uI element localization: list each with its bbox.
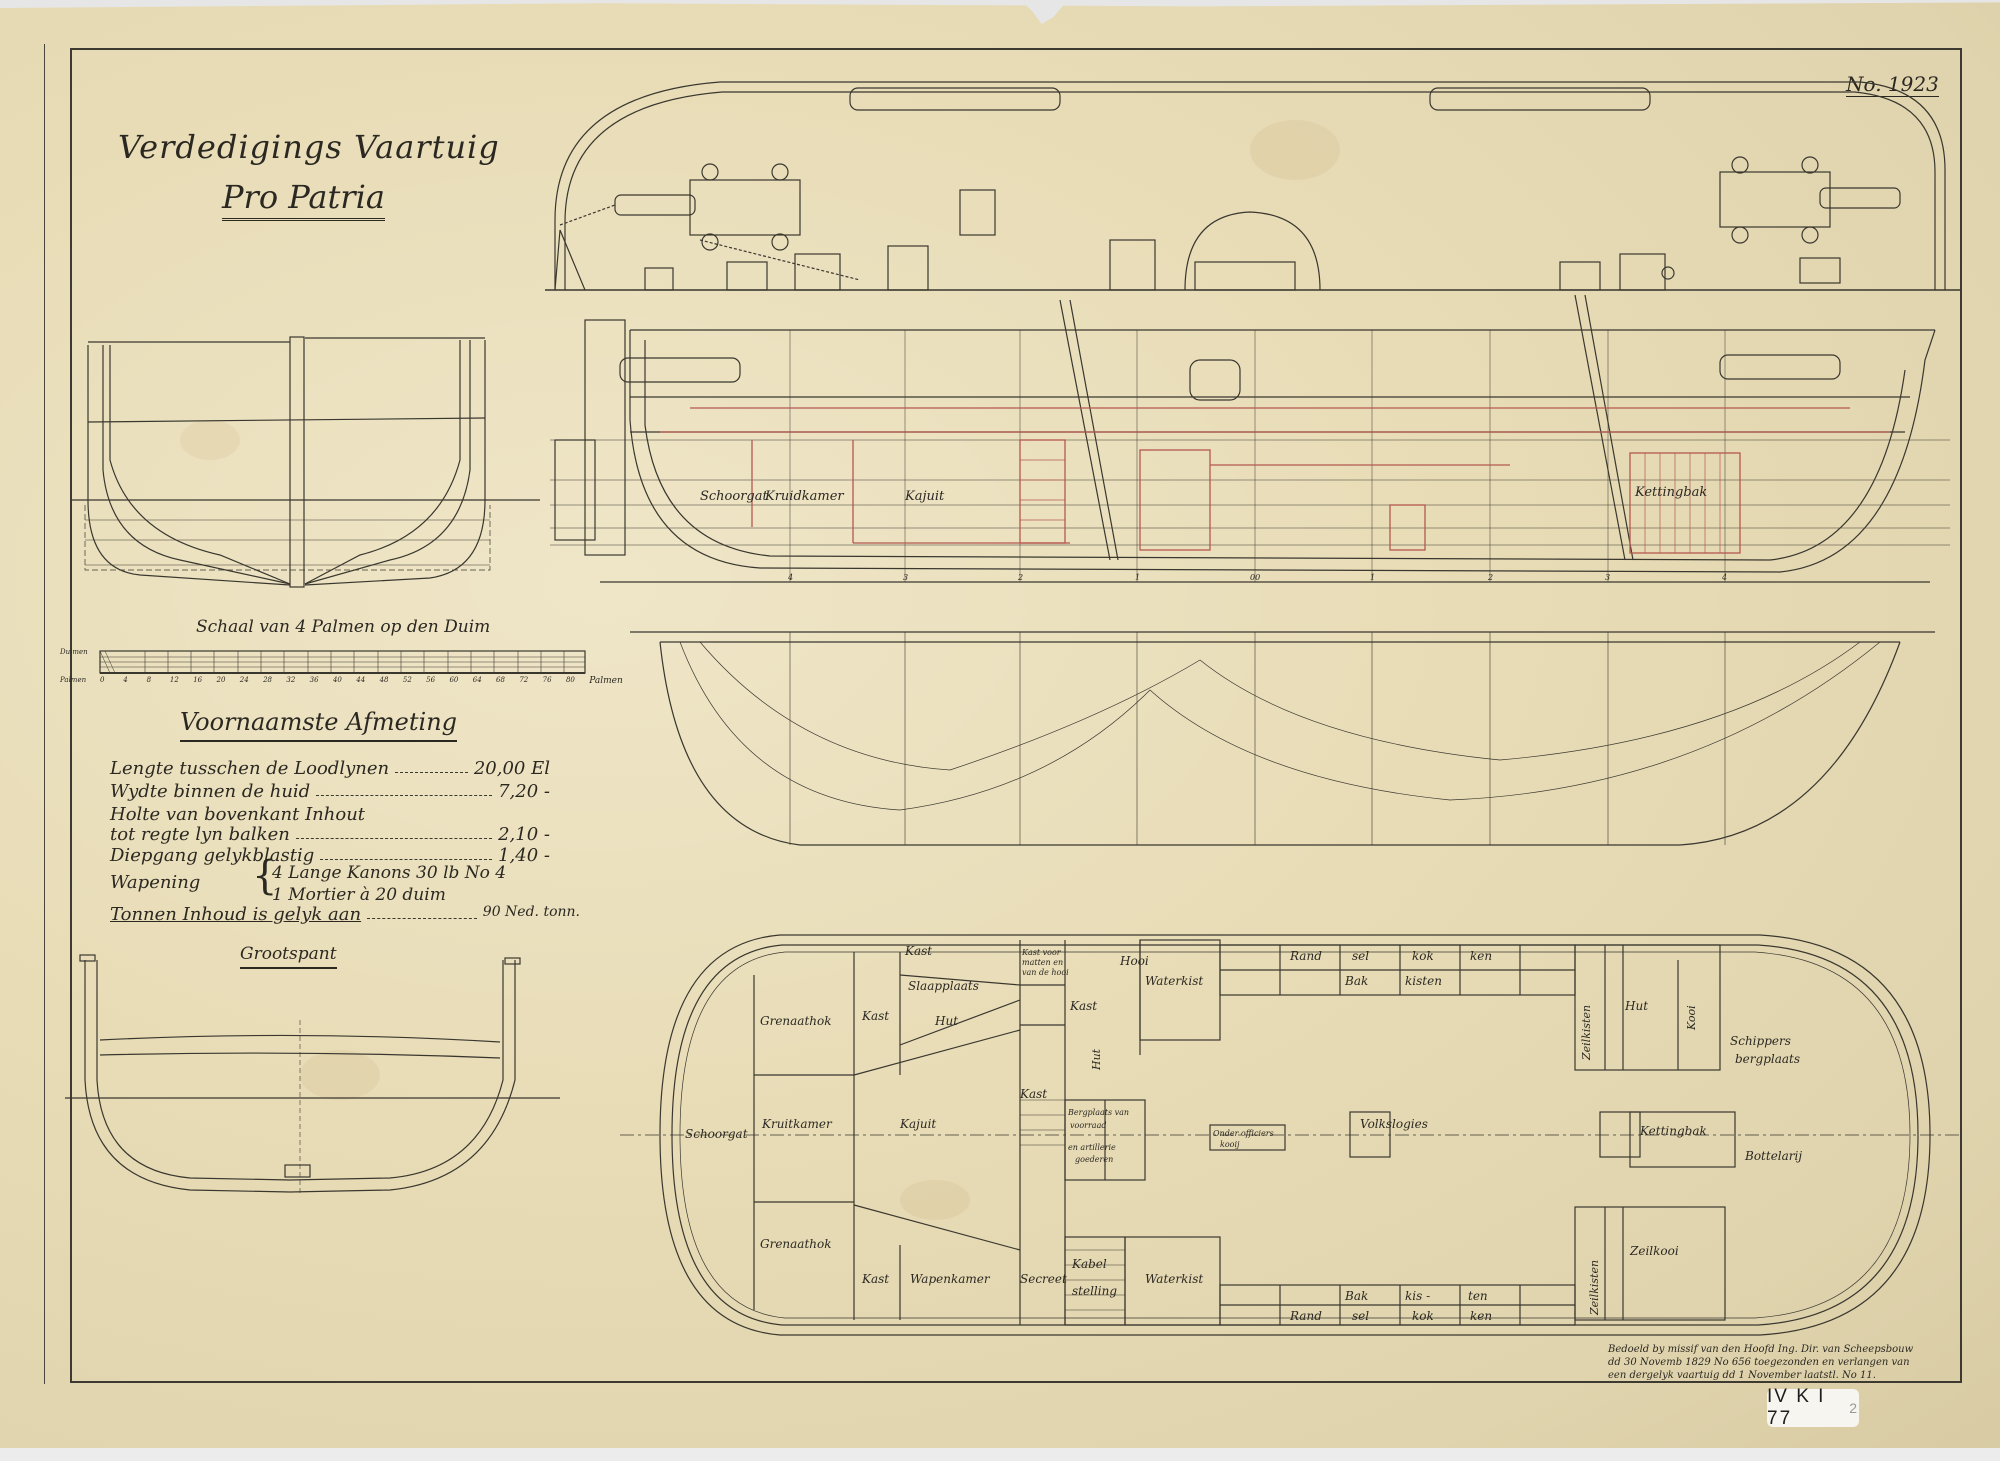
svg-text:Kast: Kast (1019, 1087, 1047, 1101)
footnote-line: dd 30 Novemb 1829 No 656 toegezonden en … (1608, 1356, 1938, 1369)
svg-text:2: 2 (1017, 573, 1023, 582)
svg-text:Kast voor: Kast voor (1021, 948, 1062, 957)
scale-tick: 40 (333, 676, 356, 686)
svg-text:Volkslogies: Volkslogies (1360, 1117, 1428, 1131)
armament-list: 4 Lange Kanons 30 lb No 4 1 Mortier à 20… (272, 862, 506, 906)
svg-text:kok: kok (1412, 949, 1434, 963)
scale-tick: 56 (426, 676, 449, 686)
scale-tick: 52 (403, 676, 426, 686)
scale-bar (100, 651, 585, 673)
cross-section-view (65, 955, 560, 1195)
scale-tick: 80 (566, 676, 589, 686)
svg-text:Bak: Bak (1344, 1289, 1368, 1303)
cross-section-title: Grootspant (240, 944, 337, 969)
scale-unit: Palmen (589, 676, 623, 686)
scale-tick: 32 (286, 676, 309, 686)
catalog-suffix: 2 (1849, 1400, 1859, 1416)
footnote-line: een dergelyk vaartuig dd 1 November laat… (1608, 1369, 1938, 1382)
svg-text:ken: ken (1470, 1309, 1492, 1323)
scale-tick: 64 (473, 676, 496, 686)
svg-text:kooij: kooij (1220, 1140, 1240, 1149)
footnote-line: Bedoeld by missif van den Hoofd Ing. Dir… (1608, 1343, 1938, 1356)
svg-text:kis -: kis - (1405, 1289, 1430, 1303)
scan-background-strip (0, 1448, 2000, 1461)
scale-tick: 60 (449, 676, 472, 686)
svg-text:Rand: Rand (1289, 1309, 1322, 1323)
svg-text:matten en: matten en (1022, 958, 1063, 967)
svg-text:ten: ten (1468, 1289, 1488, 1303)
svg-text:Kettingbak: Kettingbak (1639, 1124, 1707, 1138)
spec-value: 20,00 El (474, 758, 550, 779)
specifications-title: Voornaamste Afmeting (180, 708, 457, 742)
scale-left-label-duimen: Duimen (60, 648, 88, 656)
spec-row-tonnage: Tonnen Inhoud is gelyk aan90 Ned. tonn. (110, 904, 580, 925)
footnote-annotation: Bedoeld by missif van den Hoofd Ing. Dir… (1608, 1343, 1938, 1382)
svg-text:Kast: Kast (861, 1272, 889, 1286)
svg-text:1: 1 (1135, 573, 1140, 582)
drawing-sheet: Verdedigings Vaartuig Pro Patria No. 192… (0, 0, 2000, 1461)
svg-text:en artillerie: en artillerie (1068, 1143, 1116, 1152)
catalog-label: IV K I 772 (1767, 1389, 1859, 1427)
armament-label: Wapening (110, 872, 200, 893)
svg-text:van de hooi: van de hooi (1022, 968, 1069, 977)
spec-label: tot regte lyn balken (110, 824, 290, 845)
svg-text:Zeilkisten: Zeilkisten (1588, 1260, 1601, 1316)
svg-text:goederen: goederen (1075, 1155, 1113, 1164)
scale-tick: 76 (543, 676, 566, 686)
svg-text:Kast: Kast (861, 1009, 889, 1023)
svg-text:Waterkist: Waterkist (1145, 974, 1203, 988)
armament-item: 4 Lange Kanons 30 lb No 4 (272, 862, 506, 884)
body-plan-view (70, 337, 540, 587)
svg-text:Hooi: Hooi (1119, 954, 1149, 968)
svg-text:4: 4 (1721, 573, 1727, 582)
section-label-schoorgat: Schoorgat (700, 489, 768, 504)
svg-text:voorraad: voorraad (1070, 1121, 1106, 1130)
scale-tick: 24 (240, 676, 263, 686)
scale-title: Schaal van 4 Palmen op den Duim (196, 617, 490, 637)
svg-text:Waterkist: Waterkist (1145, 1272, 1203, 1286)
spec-row: Wydte binnen de huid7,20 - (110, 781, 550, 802)
scale-tick: 68 (496, 676, 519, 686)
catalog-number: IV K I 77 (1767, 1386, 1847, 1430)
spec-value: 2,10 - (498, 824, 550, 845)
svg-text:kisten: kisten (1405, 974, 1442, 988)
svg-text:Onder officiers: Onder officiers (1213, 1129, 1274, 1138)
spec-row: Lengte tusschen de Loodlynen20,00 El (110, 758, 550, 779)
armament-item: 1 Mortier à 20 duim (272, 884, 506, 906)
half-breadth-plan-view (630, 632, 1935, 845)
scale-tick: 4 (123, 676, 146, 686)
svg-text:kok: kok (1412, 1309, 1434, 1323)
svg-text:Bottelarij: Bottelarij (1744, 1149, 1802, 1163)
scale-tick: 48 (380, 676, 403, 686)
spec-label: Wydte binnen de huid (110, 781, 310, 802)
svg-text:Hut: Hut (1624, 999, 1648, 1013)
spec-label: Tonnen Inhoud is gelyk aan (110, 904, 361, 925)
svg-text:00: 00 (1250, 573, 1260, 582)
scale-tick: 8 (147, 676, 170, 686)
section-label-kettingbak: Kettingbak (1634, 485, 1707, 500)
spec-row: Holte van bovenkant Inhout (110, 804, 550, 825)
svg-text:Kajuit: Kajuit (899, 1117, 936, 1131)
red-compartment-lines (660, 408, 1890, 553)
section-label-kruidkamer: Kruidkamer (764, 489, 844, 504)
svg-text:2: 2 (1487, 573, 1493, 582)
svg-text:1: 1 (1370, 573, 1375, 582)
scale-tick-labels: 0 4 8 12 16 20 24 28 32 36 40 44 48 52 5… (100, 676, 623, 686)
svg-text:sel: sel (1352, 1309, 1369, 1323)
spec-label: Lengte tusschen de Loodlynen (110, 758, 389, 779)
svg-text:Schoorgat: Schoorgat (685, 1127, 748, 1141)
svg-text:bergplaats: bergplaats (1735, 1052, 1800, 1066)
scale-tick: 20 (216, 676, 239, 686)
svg-text:Zeilkisten: Zeilkisten (1580, 1005, 1593, 1061)
svg-text:Kast: Kast (904, 944, 932, 958)
scale-tick: 72 (519, 676, 542, 686)
svg-text:sel: sel (1352, 949, 1369, 963)
svg-text:Slaapplaats: Slaapplaats (908, 979, 979, 993)
scale-tick: 44 (356, 676, 379, 686)
svg-text:3: 3 (1605, 573, 1610, 582)
svg-text:Kruitkamer: Kruitkamer (761, 1117, 833, 1131)
spec-value: 7,20 - (498, 781, 550, 802)
section-label-kajuit: Kajuit (904, 489, 945, 504)
svg-text:Grenaathok: Grenaathok (760, 1014, 832, 1028)
svg-text:Kast: Kast (1069, 999, 1097, 1013)
svg-text:Zeilkooi: Zeilkooi (1629, 1244, 1679, 1258)
svg-text:ken: ken (1470, 949, 1492, 963)
scale-tick: 28 (263, 676, 286, 686)
deck-elevation-view (545, 82, 1960, 290)
svg-text:stelling: stelling (1072, 1284, 1117, 1298)
spec-label: Holte van bovenkant Inhout (110, 804, 365, 825)
svg-text:Hut: Hut (934, 1014, 958, 1028)
svg-text:4: 4 (787, 573, 793, 582)
svg-text:Secreet: Secreet (1020, 1272, 1067, 1286)
svg-text:Grenaathok: Grenaathok (760, 1237, 832, 1251)
scale-tick: 0 (100, 676, 123, 686)
deck-plan-view (620, 935, 1960, 1335)
scale-tick: 36 (310, 676, 333, 686)
svg-text:Schippers: Schippers (1730, 1034, 1791, 1048)
scale-tick: 12 (170, 676, 193, 686)
scale-tick: 16 (193, 676, 216, 686)
svg-text:Kooi: Kooi (1685, 1005, 1698, 1031)
spec-row: tot regte lyn balken2,10 - (110, 824, 550, 845)
svg-text:3: 3 (903, 573, 908, 582)
svg-text:Wapenkamer: Wapenkamer (910, 1272, 991, 1286)
svg-text:Kabel: Kabel (1071, 1257, 1107, 1271)
scale-left-label-palmen: Palmen (60, 676, 86, 684)
svg-text:Hut: Hut (1090, 1048, 1103, 1071)
svg-text:Bergplaats van: Bergplaats van (1067, 1108, 1129, 1117)
spec-value: 90 Ned. tonn. (483, 904, 580, 925)
svg-text:Bak: Bak (1344, 974, 1368, 988)
svg-text:Rand: Rand (1289, 949, 1322, 963)
